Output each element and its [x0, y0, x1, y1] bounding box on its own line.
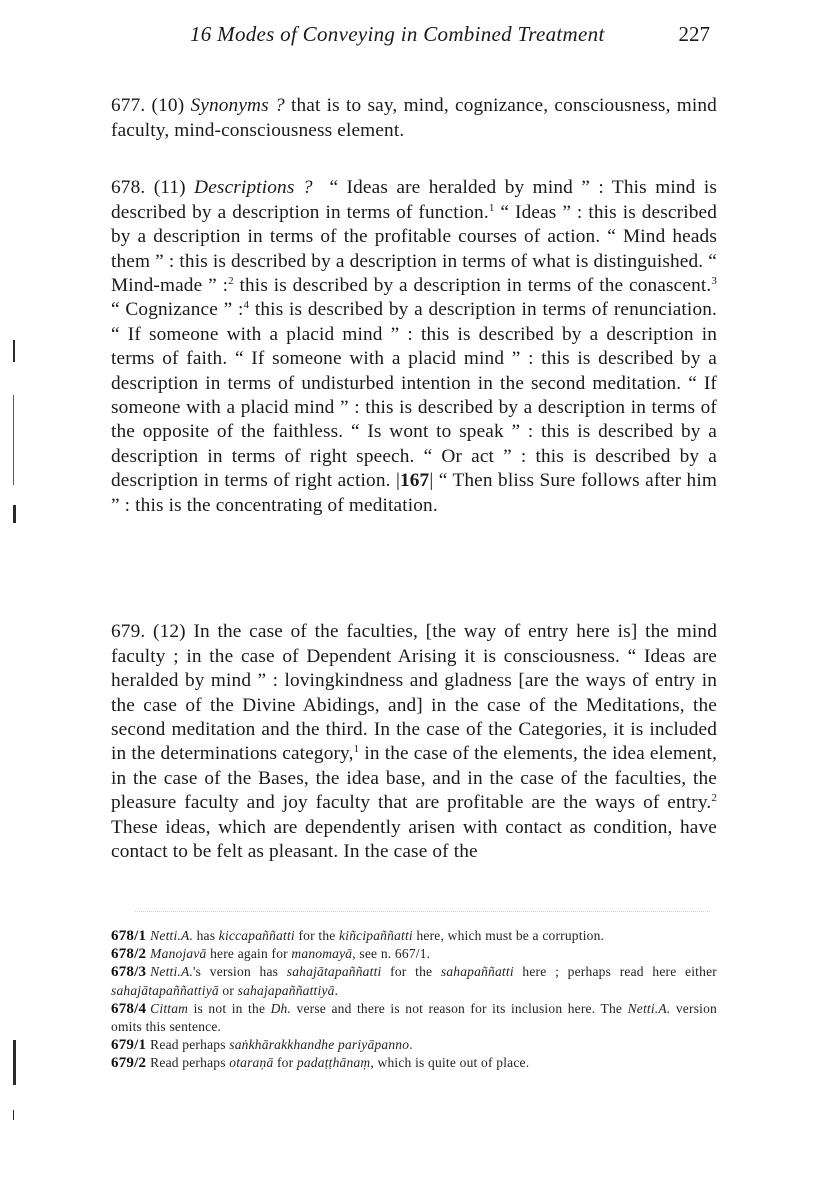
page-number: 227	[679, 22, 711, 47]
footnote-678-3: 678/3Netti.A.'s version has sahajātapaññ…	[111, 963, 717, 999]
footnote-italic: saṅkhārakkhandhe pariyāpanno	[229, 1037, 409, 1052]
footnote-separator	[135, 911, 710, 912]
footnote-text: or	[219, 983, 238, 998]
paragraph-text: These ideas, which are dependently arise…	[111, 817, 717, 862]
footnote-text: Read perhaps	[150, 1055, 229, 1070]
page-reference: 167	[400, 470, 429, 491]
scan-artifact	[13, 340, 15, 362]
footnote-text: .	[409, 1037, 413, 1052]
paragraph-number: 677. (10)	[111, 95, 184, 116]
scan-artifact	[13, 505, 16, 523]
footnote-ref: 679/2	[111, 1055, 146, 1071]
footnote-italic: sahajapaññattiyā	[238, 983, 335, 998]
paragraph-678: 678. (11) Descriptions ? “ Ideas are her…	[111, 176, 717, 518]
paragraph-text: this is described by a description in te…	[234, 275, 712, 296]
paragraph-number: 679. (12)	[111, 621, 186, 642]
footnote-marker[interactable]: 3	[711, 275, 717, 287]
footnote-italic: Manojavā	[150, 946, 206, 961]
paragraph-text: “ Cognizance ” :	[111, 299, 244, 320]
footnote-marker[interactable]: 2	[711, 792, 717, 804]
paragraph-heading: Synonyms ?	[190, 95, 284, 116]
footnote-text: is not in the	[188, 1001, 270, 1016]
paragraph-number: 678. (11)	[111, 177, 186, 198]
page-header: 16 Modes of Conveying in Combined Treatm…	[190, 22, 710, 52]
footnote-italic: sahajātapaññatti	[287, 964, 382, 979]
footnote-italic: sahajātapaññattiyā	[111, 983, 219, 998]
scan-artifact	[13, 1110, 14, 1120]
footnote-ref: 678/4	[111, 1001, 146, 1017]
footnote-679-2: 679/2Read perhaps otaraṇā for padaṭṭhāna…	[111, 1054, 717, 1072]
running-title: 16 Modes of Conveying in Combined Treatm…	[190, 22, 605, 47]
footnote-italic: manomayā	[291, 946, 352, 961]
footnote-text: for	[273, 1055, 297, 1070]
footnote-italic: Netti.A.	[150, 964, 193, 979]
paragraph-text: this is described by a description in te…	[111, 299, 717, 491]
footnote-679-1: 679/1Read perhaps saṅkhārakkhandhe pariy…	[111, 1036, 717, 1054]
footnote-italic: sahapaññatti	[441, 964, 514, 979]
footnote-678-1: 678/1Netti.A. has kiccapaññatti for the …	[111, 927, 717, 945]
scan-artifact	[13, 1040, 16, 1085]
footnote-italic: otaraṇā	[229, 1055, 273, 1070]
footnote-ref: 678/1	[111, 928, 146, 944]
footnote-text: has	[193, 928, 219, 943]
footnote-italic: Cittam	[150, 1001, 188, 1016]
footnote-text: here ; perhaps read here either	[514, 964, 717, 979]
footnotes: 678/1Netti.A. has kiccapaññatti for the …	[111, 927, 717, 1073]
footnote-text: Read perhaps	[150, 1037, 229, 1052]
footnote-text: 's version has	[193, 964, 287, 979]
footnote-text: here again for	[207, 946, 292, 961]
footnote-678-4: 678/4Cittam is not in the Dh. verse and …	[111, 1000, 717, 1036]
footnote-text: for the	[382, 964, 441, 979]
paragraph-679: 679. (12) In the case of the faculties, …	[111, 620, 717, 864]
footnote-italic: padaṭṭhānaṃ	[297, 1055, 370, 1070]
footnote-italic: kiccapaññatti	[219, 928, 295, 943]
paragraph-677: 677. (10) Synonyms ? that is to say, min…	[111, 94, 717, 143]
footnote-italic: Netti.A.	[150, 928, 193, 943]
scan-artifact	[13, 395, 14, 485]
footnote-italic: Dh.	[271, 1001, 291, 1016]
footnote-text: for the	[295, 928, 339, 943]
footnote-ref: 678/2	[111, 946, 146, 962]
footnote-text: , which is quite out of place.	[370, 1055, 529, 1070]
footnote-ref: 679/1	[111, 1037, 146, 1053]
footnote-text: .	[335, 983, 339, 998]
footnote-text: here, which must be a corruption.	[413, 928, 604, 943]
footnote-678-2: 678/2Manojavā here again for manomayā, s…	[111, 945, 717, 963]
footnote-italic: Netti.A.	[628, 1001, 671, 1016]
footnote-italic: kiñcipaññatti	[339, 928, 413, 943]
footnote-ref: 678/3	[111, 964, 146, 980]
paragraph-heading: Descriptions ?	[194, 177, 313, 198]
footnote-text: , see n. 667/1.	[352, 946, 430, 961]
footnote-text: verse and there is not reason for its in…	[291, 1001, 627, 1016]
